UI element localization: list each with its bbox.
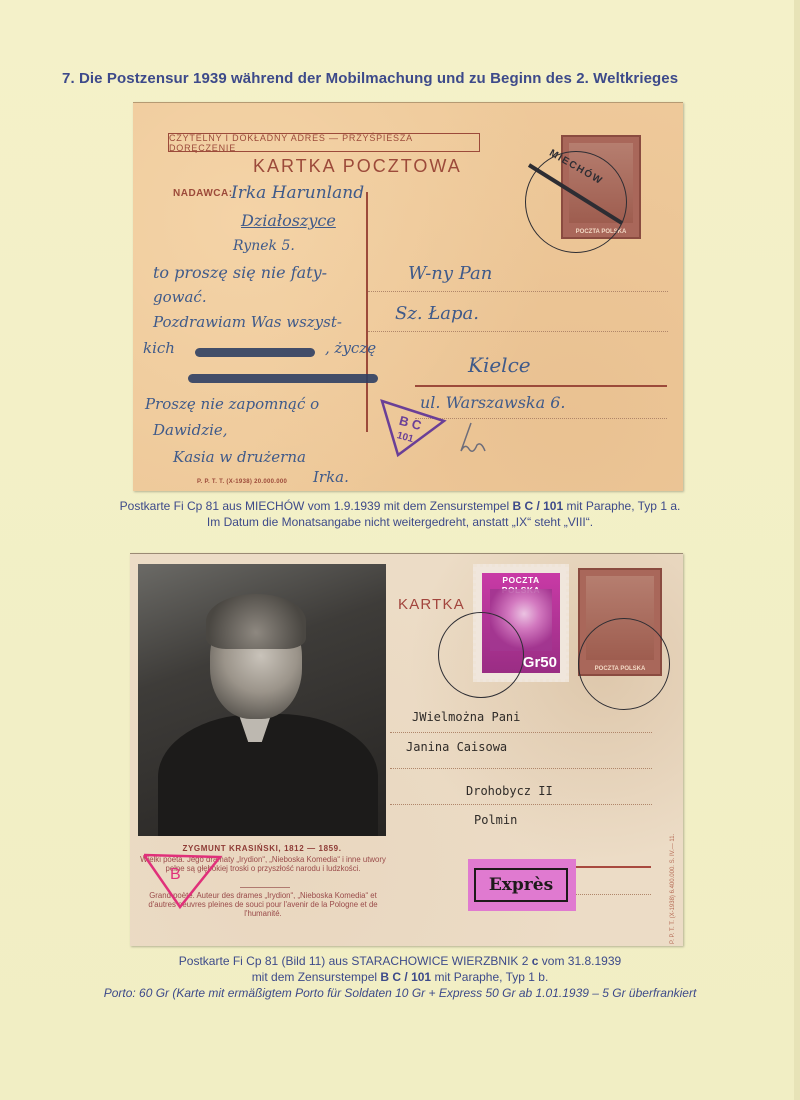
message-line: Kasia w drużerna: [173, 448, 306, 466]
address-line: [390, 732, 652, 733]
sender-town: Działoszyce: [241, 211, 336, 230]
recipient-line: Sz. Łapa.: [395, 303, 479, 324]
address-line: [368, 291, 668, 292]
message-line: kich: [143, 339, 175, 357]
address-line: [390, 804, 652, 805]
recipient-city: Kielce: [468, 353, 531, 377]
message-line: Proszę nie zapomnąć o: [145, 395, 319, 413]
sender-street: Rynek 5.: [233, 238, 295, 254]
message-line-end: , życzę: [325, 339, 376, 357]
svg-text:101: 101: [396, 430, 415, 445]
address-banner: CZYTELNY I DOKŁADNY ADRES — PRZYŚPIESZA …: [168, 133, 480, 152]
caption-line: mit dem Zensurstempel B C / 101 mit Para…: [0, 969, 800, 985]
recipient-line: Janina Caisowa: [406, 740, 507, 754]
caption-card2: Postkarte Fi Cp 81 (Bild 11) aus STARACH…: [0, 953, 800, 1001]
portrait-krasinski: [138, 564, 386, 836]
message-line: Dawidzie,: [153, 421, 228, 439]
stamp-value: Gr50: [523, 654, 557, 671]
express-label: Exprès: [468, 859, 576, 911]
recipient-line: JWielmożna Pani: [412, 710, 520, 724]
message-line: to proszę się nie faty-: [153, 263, 327, 282]
censor-redaction: [188, 374, 378, 383]
recipient-line: Polmin: [474, 813, 517, 827]
address-line: [576, 894, 651, 895]
sender-name: Irka Harunland: [231, 183, 364, 203]
message-signature: Irka.: [313, 468, 349, 486]
printer-note: P. P. T. T. (X-1938) 6.400.000. S. IV.— …: [670, 834, 676, 944]
divider-line: [366, 192, 368, 432]
postmark-miechow: MIECHÓW: [525, 151, 627, 253]
svg-text:B: B: [170, 866, 181, 883]
city-rule: [576, 866, 651, 868]
caption-card1: Postkarte Fi Cp 81 aus MIECHÓW vom 1.9.1…: [0, 498, 800, 530]
printer-note: P. P. T. T. (X-1938) 20.000.000: [197, 479, 287, 485]
portrait-rule: [240, 887, 290, 888]
censor-paraphe: [451, 421, 491, 461]
caption-line: Postkarte Fi Cp 81 (Bild 11) aus STARACH…: [0, 953, 800, 969]
caption-line: Im Datum die Monatsangabe nicht weiterge…: [0, 514, 800, 530]
caption-line: Postkarte Fi Cp 81 aus MIECHÓW vom 1.9.1…: [0, 498, 800, 514]
portrait-hair: [206, 594, 306, 649]
address-line: [390, 768, 652, 769]
censor-redaction: [195, 348, 315, 357]
sender-label: NADAWCA:: [173, 188, 233, 199]
address-line: [415, 418, 667, 419]
caption-porto-note: Porto: 60 Gr (Karte mit ermäßigtem Porto…: [0, 985, 800, 1001]
recipient-city: Drohobycz II: [466, 784, 553, 798]
postmark-starachowice-1: [438, 612, 524, 698]
album-page: 7. Die Postzensur 1939 während der Mobil…: [0, 0, 800, 1100]
page-title: 7. Die Postzensur 1939 während der Mobil…: [62, 70, 678, 87]
express-label-text: Exprès: [474, 868, 568, 902]
censor-stamp-bc-pink: B: [140, 851, 230, 911]
city-rule: [415, 385, 667, 387]
portrait-coat: [158, 714, 378, 836]
recipient-line: W-ny Pan: [408, 263, 492, 284]
message-line: gować.: [153, 288, 207, 306]
censor-stamp-bc101: B C 101: [378, 397, 448, 459]
message-line: Pozdrawiam Was wszyst-: [153, 313, 342, 331]
address-line: [368, 331, 668, 332]
card-heading: KARTKA: [398, 596, 465, 613]
postcard-miechow: CZYTELNY I DOKŁADNY ADRES — PRZYŚPIESZA …: [133, 102, 683, 491]
card-heading: KARTKA POCZTOWA: [253, 156, 462, 177]
page-edge: [794, 0, 800, 1100]
postmark-starachowice-2: [578, 618, 670, 710]
postcard-starachowice: ZYGMUNT KRASIŃSKI, 1812 — 1859. Wielki p…: [130, 553, 683, 946]
